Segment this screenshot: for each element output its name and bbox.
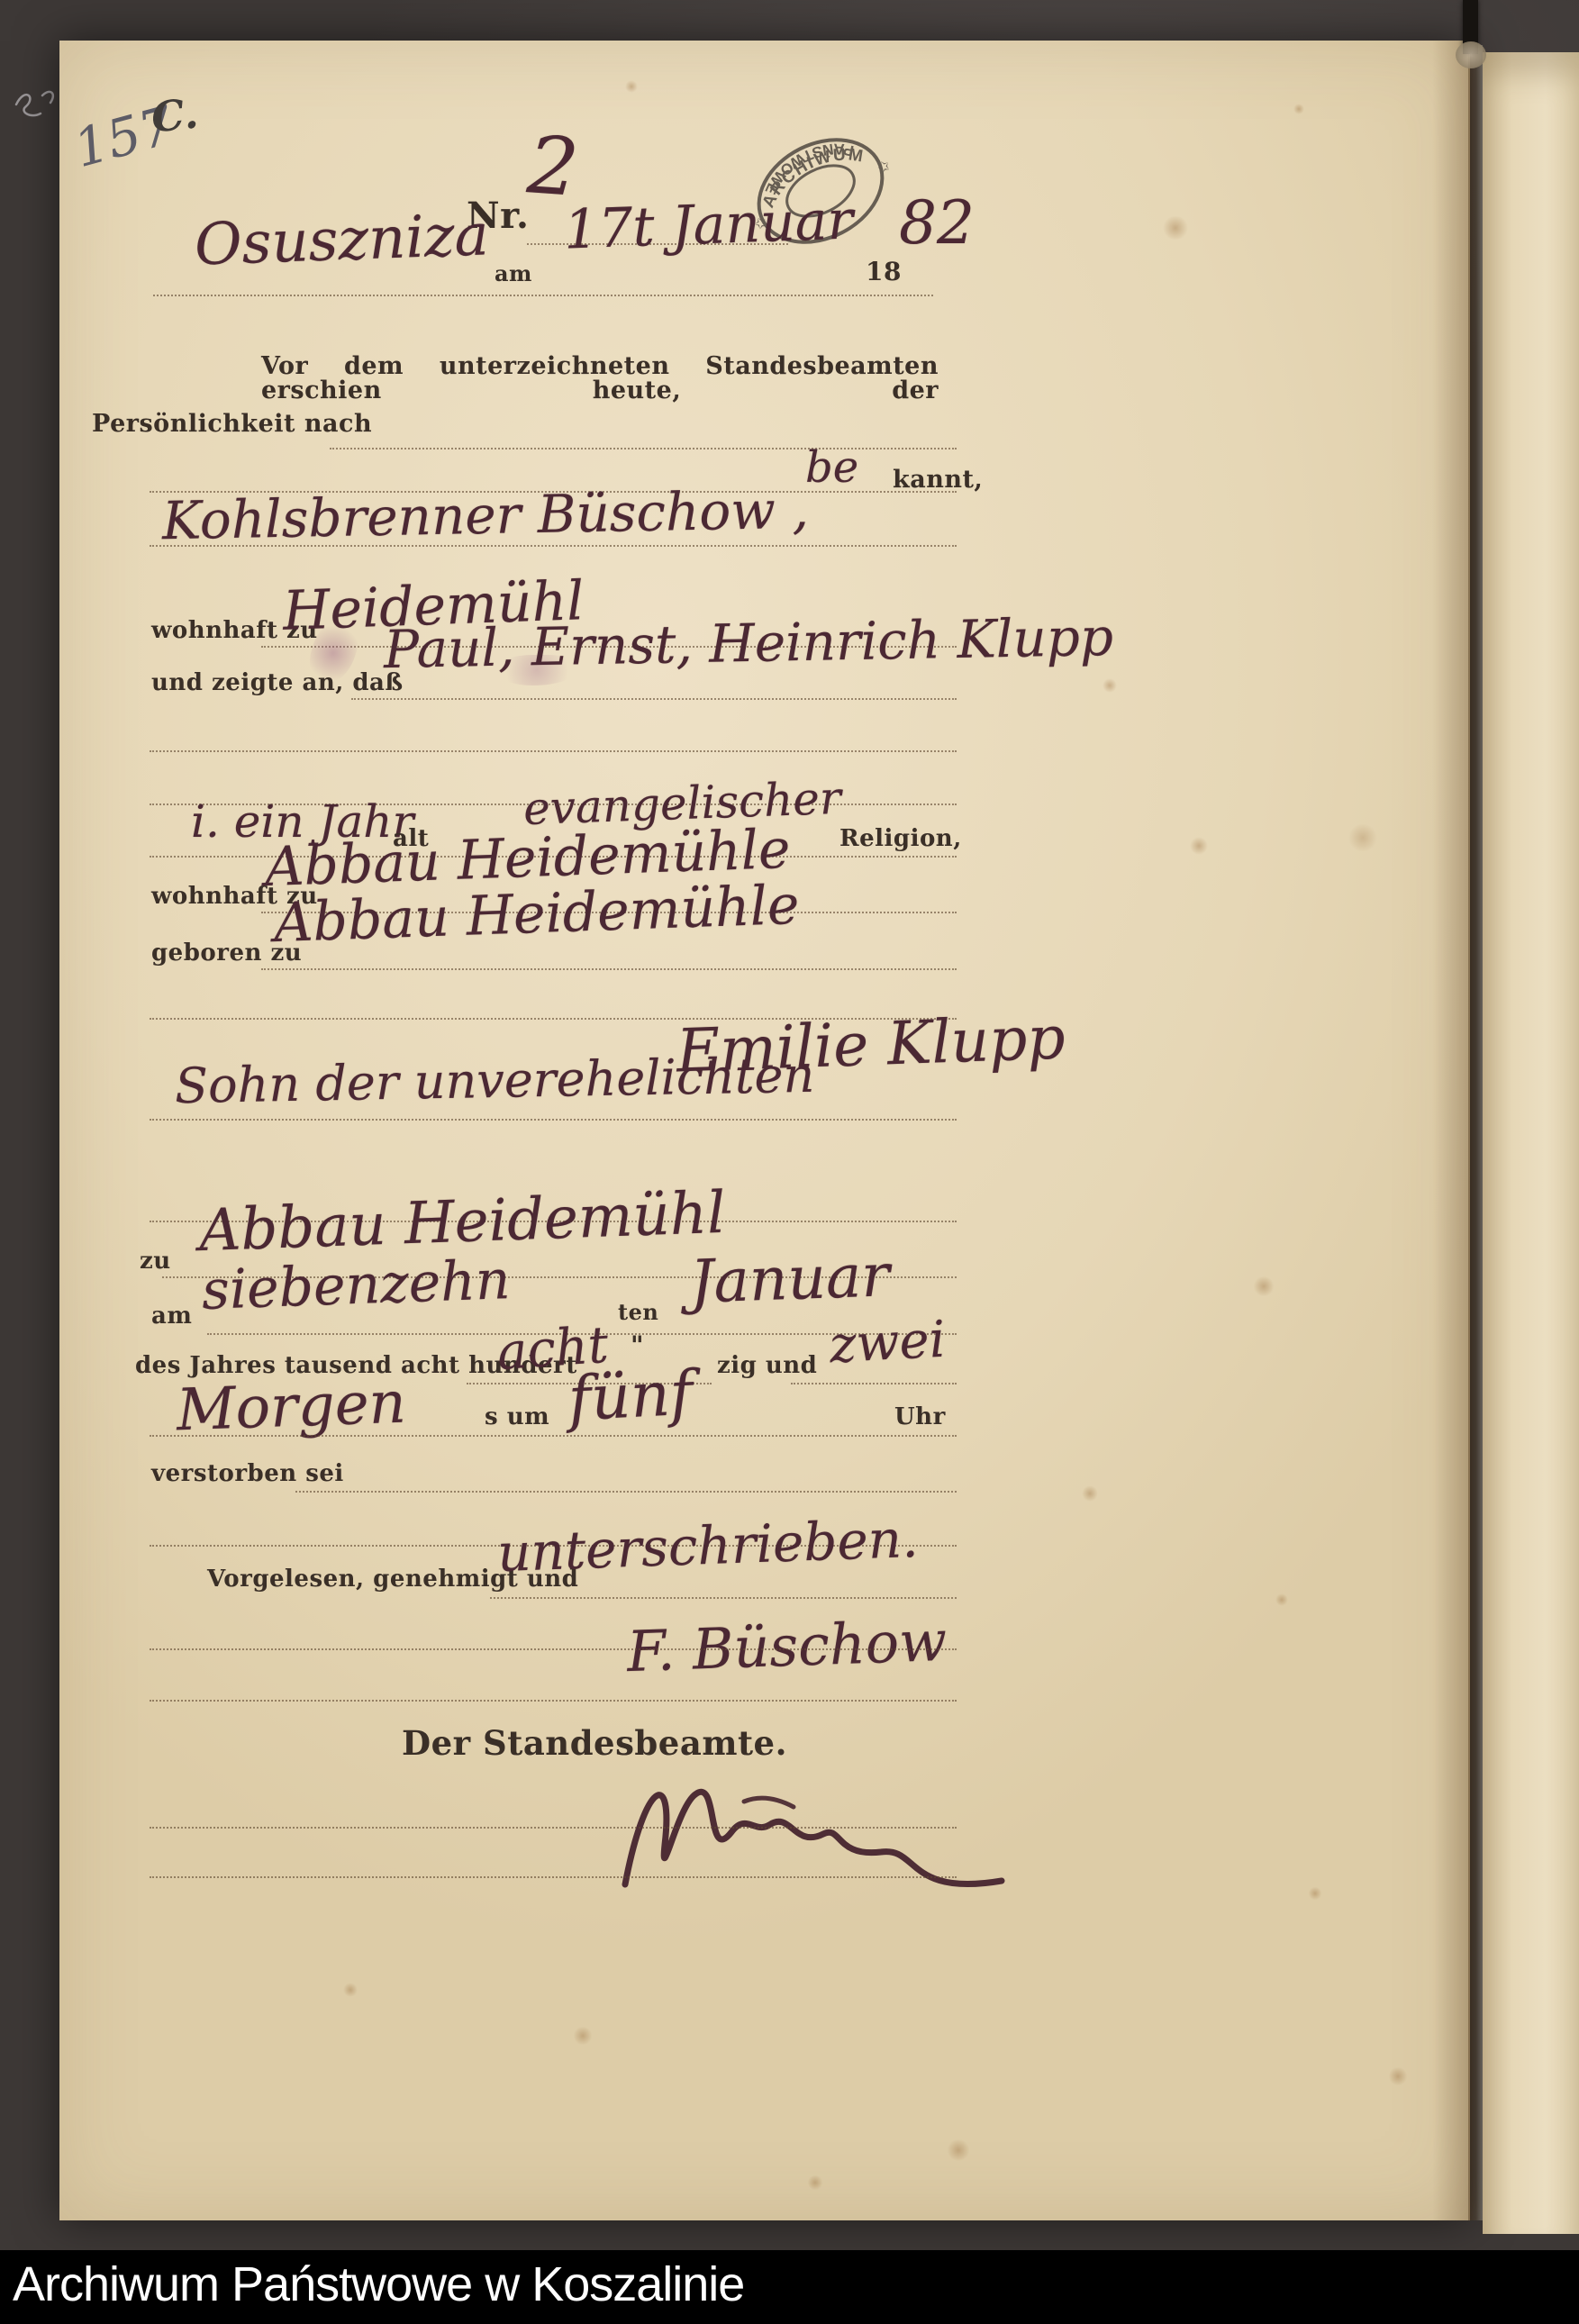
dotted-rule <box>150 1700 957 1702</box>
archive-letter-mark: C. <box>150 92 200 138</box>
stamp-star-icon: ✩ <box>875 156 894 177</box>
dotted-rule <box>490 1597 957 1599</box>
dotted-rule <box>351 698 957 700</box>
foxing-spot <box>625 80 638 93</box>
death-place-handwriting: Abbau Heidemühl <box>198 1185 726 1260</box>
year-ones-handwriting: zwei <box>829 1315 947 1372</box>
dotted-rule <box>150 1648 957 1650</box>
zu-label: zu <box>140 1249 171 1273</box>
century-label: 18 <box>866 259 902 285</box>
daypart-handwriting: Morgen <box>176 1375 407 1440</box>
persoenlichkeit-label: Persönlichkeit nach <box>92 412 372 436</box>
registrar-signature-mark <box>609 1748 1041 1910</box>
dotted-rule <box>150 750 957 752</box>
am2-label: am <box>151 1304 192 1328</box>
dotted-rule <box>261 968 957 970</box>
recognition-handwriting: be <box>805 446 858 489</box>
dotted-rule <box>153 295 933 296</box>
foxing-spot <box>573 2027 593 2045</box>
foxing-spot <box>1388 2067 1408 2085</box>
birthplace-handwriting: Abbau Heidemühle <box>273 878 800 950</box>
declarant-handwriting: Kohlsbrenner Büschow , <box>162 484 810 548</box>
foxing-spot <box>1162 216 1189 240</box>
foxing-spot <box>1348 824 1378 851</box>
year-handwriting: 82 <box>899 194 975 253</box>
archive-footer-bar: Archiwum Państwowe w Koszalinie <box>0 2250 1579 2324</box>
zeigte-an-label: und zeigte an, daß <box>151 671 404 694</box>
foxing-spot <box>947 2139 970 2161</box>
foxing-spot <box>343 1983 358 1997</box>
uhr-label: Uhr <box>894 1405 946 1429</box>
document-page: 157 C. Nr. 2 ARCHIWUM PAŃSTWOWE ✩ ✩ Osus… <box>59 41 1470 2220</box>
dotted-rule <box>150 1827 957 1829</box>
archive-name: Archiwum Państwowe w Koszalinie <box>13 2256 744 2312</box>
adjacent-page-edge <box>1483 52 1579 2234</box>
foxing-spot <box>1103 678 1117 693</box>
page-fold <box>1468 45 1483 2220</box>
verstorben-label: verstorben sei <box>151 1462 344 1485</box>
scanned-document: 157 C. Nr. 2 ARCHIWUM PAŃSTWOWE ✩ ✩ Osus… <box>0 0 1579 2324</box>
binding-knot <box>1456 41 1486 68</box>
mother-name-handwriting: Emilie Klupp <box>676 1008 1066 1081</box>
foxing-spot <box>1293 104 1304 114</box>
foxing-spot <box>1308 1887 1322 1900</box>
dotted-rule <box>150 1876 957 1878</box>
pencil-scribble-mark <box>11 79 65 139</box>
dotted-rule <box>150 1119 957 1121</box>
place-handwriting: Osuszniza <box>194 206 490 274</box>
foxing-spot <box>807 2175 823 2190</box>
zig-und-label: zig und <box>717 1354 817 1377</box>
religion-label: Religion, <box>839 827 962 850</box>
hour-handwriting: fünf <box>567 1363 694 1430</box>
death-day-handwriting: siebenzehn <box>201 1253 511 1318</box>
record-number-value: 2 <box>525 125 581 208</box>
foxing-spot <box>1275 1593 1288 1606</box>
dotted-rule <box>150 545 957 547</box>
dotted-rule <box>791 1383 957 1384</box>
foxing-spot <box>1253 1276 1275 1296</box>
s-um-label: s um <box>485 1405 549 1429</box>
intro-line: Vor dem unterzeichneten Standesbeamten e… <box>261 354 939 403</box>
dotted-rule <box>150 1435 957 1437</box>
kannt-label: kannt, <box>893 468 983 492</box>
ten-label: ten <box>618 1302 658 1323</box>
unterschrieben-handwriting: unterschrieben. <box>496 1512 919 1579</box>
ditto-mark: " <box>631 1333 644 1358</box>
dotted-rule <box>295 1491 957 1493</box>
date-handwriting: 17t Januar <box>563 193 854 257</box>
am-label: am <box>495 263 532 285</box>
dotted-rule <box>330 448 957 449</box>
declarant-signature: F. Büschow <box>626 1613 948 1680</box>
foxing-spot <box>1082 1485 1098 1502</box>
foxing-spot <box>1190 837 1208 855</box>
death-month-handwriting: Januar <box>689 1246 891 1312</box>
child-name-handwriting: Paul, Ernst, Heinrich Klupp <box>384 611 1114 676</box>
